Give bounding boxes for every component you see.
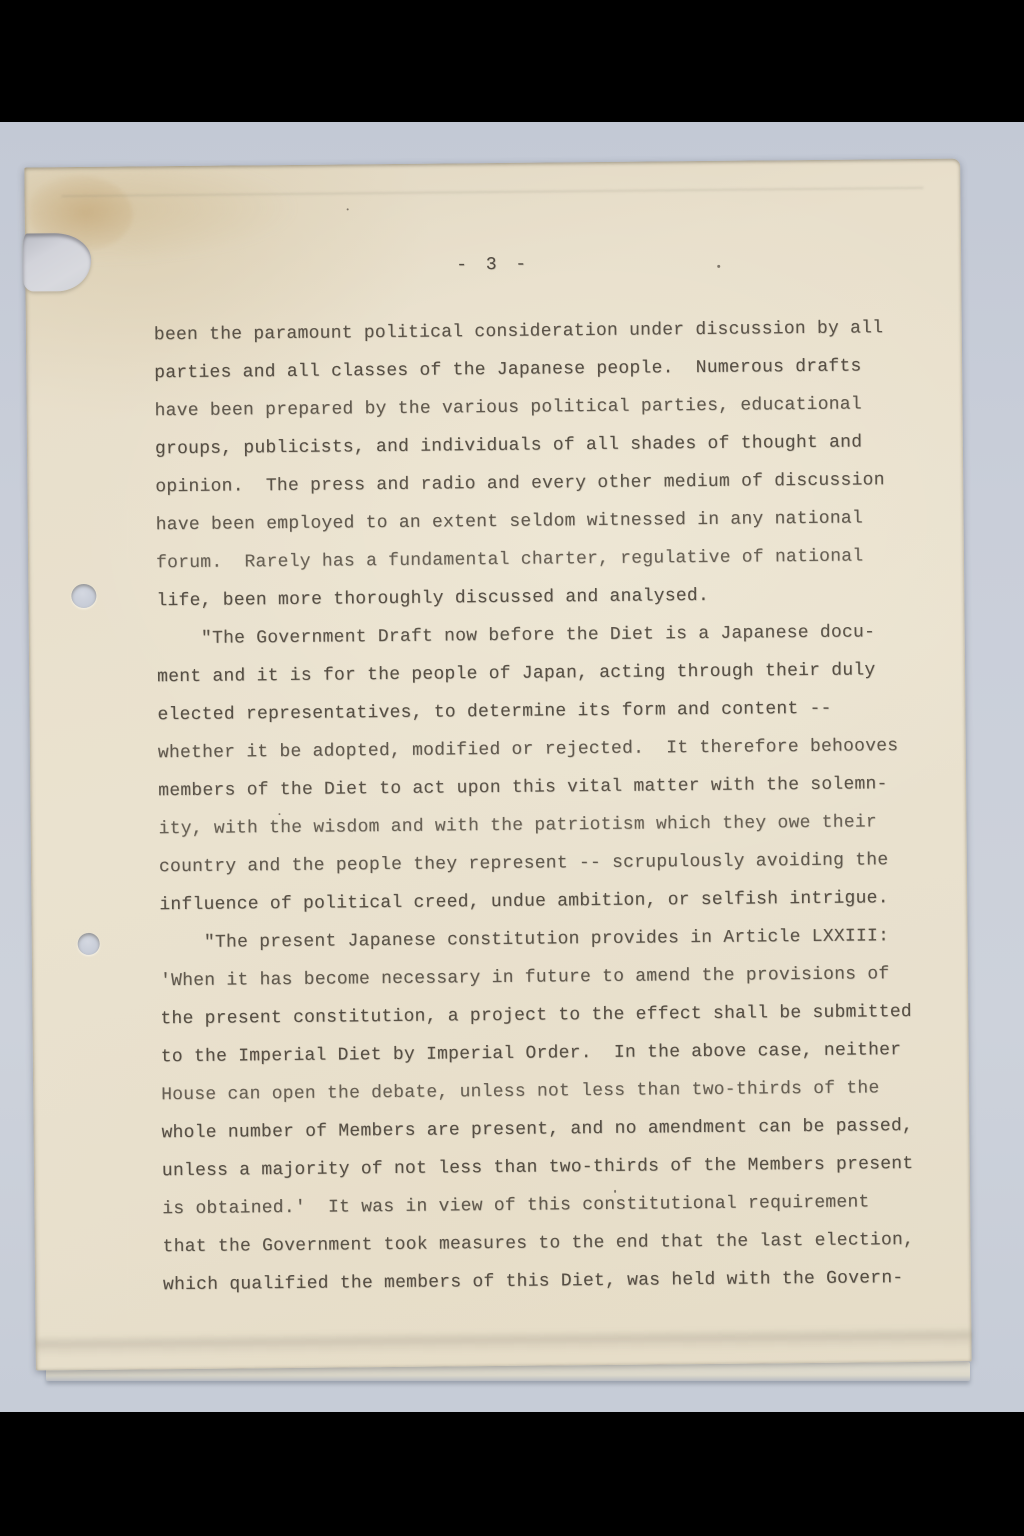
text-line: "The Government Draft now before the Die… (157, 613, 937, 658)
text-line: been the paramount political considerati… (154, 309, 934, 354)
letterbox-bottom (0, 1412, 1024, 1536)
text-line: which qualified the members of this Diet… (163, 1259, 943, 1304)
text-line: House can open the debate, unless not le… (161, 1069, 941, 1114)
typewritten-text-block: been the paramount political considerati… (154, 309, 943, 1304)
scanned-photo: - 3 - been the paramount political consi… (0, 0, 1024, 1536)
paper-crease-bottom (35, 1326, 971, 1357)
text-line: forum. Rarely has a fundamental charter,… (156, 537, 936, 582)
punch-hole-top (71, 584, 96, 608)
text-line: have been prepared by the various politi… (154, 385, 934, 430)
text-line: that the Government took measures to the… (162, 1221, 942, 1266)
text-line: country and the people they represent --… (159, 841, 939, 886)
text-line: 'When it has become necessary in future … (160, 955, 940, 1000)
letterbox-top (0, 0, 1024, 122)
paper-speck (347, 208, 349, 210)
document-page: - 3 - been the paramount political consi… (24, 159, 972, 1371)
punch-hole-bottom (78, 933, 100, 955)
